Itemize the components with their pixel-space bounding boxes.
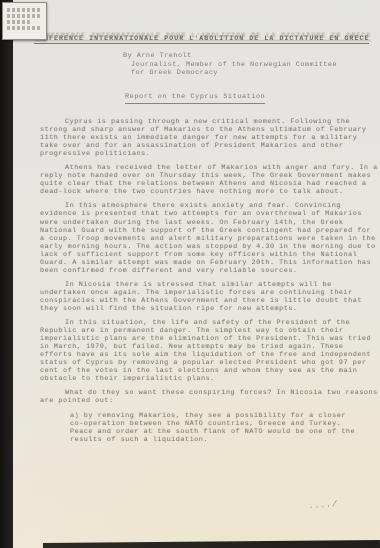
paragraph-2: Athens has received the letter of Makari… (40, 164, 378, 196)
byline-author: By Arne Treholt (123, 52, 337, 61)
report-title: Report on the Cyprus Situation (125, 93, 265, 104)
paragraph-6: What do they so want these conspiring fo… (40, 389, 378, 405)
stamp-text-row (7, 8, 42, 12)
byline: By Arne Treholt Journalist, Member of th… (123, 52, 337, 78)
paragraph-4: In Nicosia there is stressed that simila… (40, 281, 378, 313)
organization-header-doublestrike: CONFERENCE INTERNATIONALE POUR L'ABOLITI… (36, 32, 371, 41)
paper-sheet: CONFERENCE INTERNATIONALE POUR L'ABOLITI… (13, 0, 380, 548)
archive-stamp (2, 2, 47, 40)
scanned-document-page: CONFERENCE INTERNATIONALE POUR L'ABOLITI… (0, 0, 380, 548)
report-body: Cyprus is passing through a new critical… (40, 118, 378, 444)
byline-role-line2: for Greek Democracy (123, 69, 337, 78)
scan-bottom-edge-shadow (43, 540, 380, 548)
paragraph-1: Cyprus is passing through a new critical… (40, 118, 378, 158)
continuation-mark: ..../ (309, 500, 339, 511)
organization-header: CONFERENCE INTERNATIONALE POUR L'ABOLITI… (34, 27, 380, 45)
scan-backing-left-edge (0, 0, 13, 548)
stamp-text-row (7, 26, 42, 30)
byline-role-line1: Journalist, Member of the Norwegian Comm… (123, 61, 337, 70)
stamp-text-row (7, 14, 42, 18)
paragraph-3: In this atmosphere there exists anxiety … (40, 202, 378, 274)
paragraph-5: In this situation, the life and safety o… (40, 319, 378, 383)
stamp-text-row (7, 20, 32, 24)
list-item-a: a) by removing Makarios, they see a poss… (70, 412, 356, 444)
